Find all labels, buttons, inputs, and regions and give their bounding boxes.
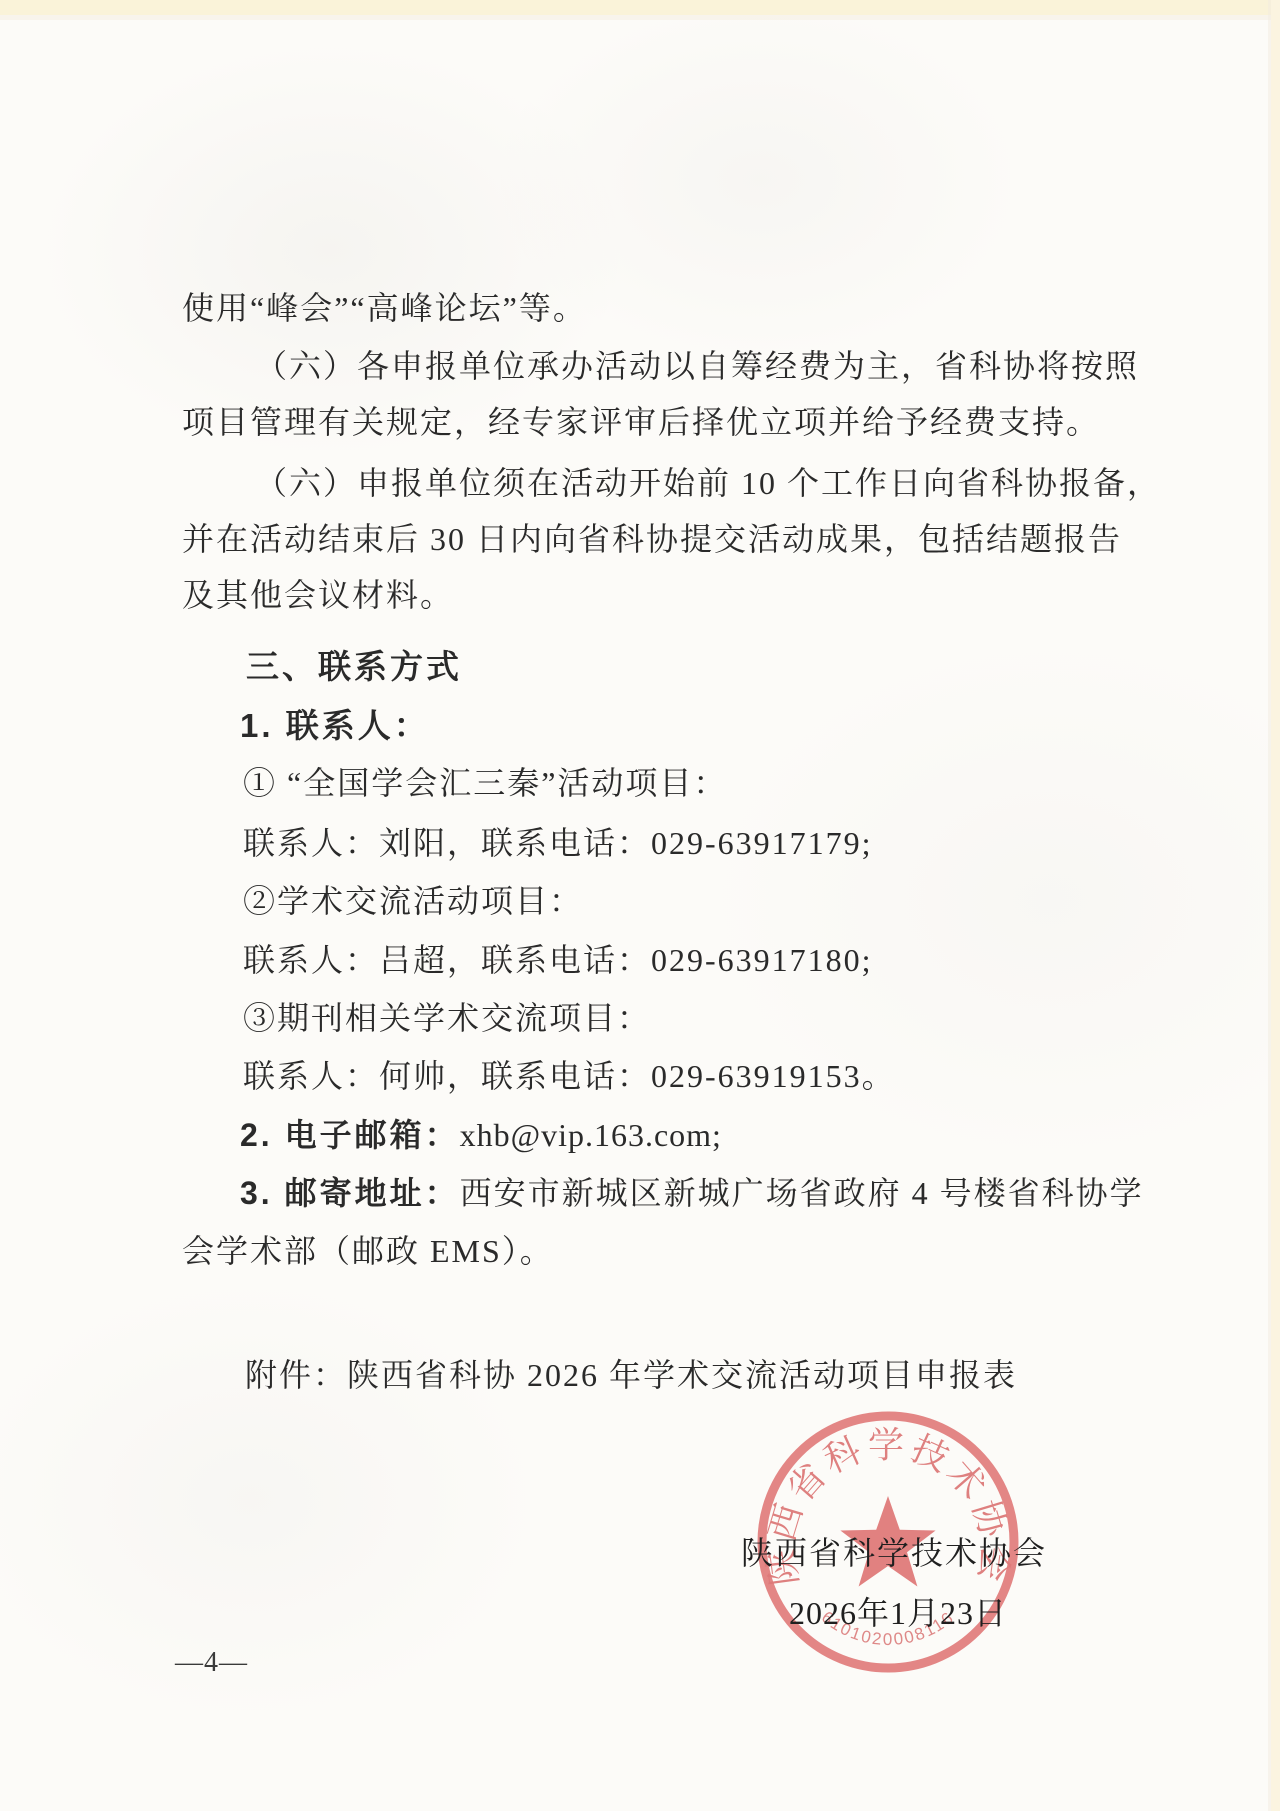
page-number: —4— [175, 1647, 248, 1679]
scan-edge-top-shadow [0, 15, 1280, 20]
signature-org: 陕西省科学技术协会 [741, 1528, 1047, 1574]
section-heading-contact: 三、联系方式 [246, 641, 462, 688]
scanned-document-page: 使用“峰会”“高峰论坛”等。 （六）各申报单位承办活动以自筹经费为主，省科协将按… [0, 0, 1280, 1811]
email-line: 2. 电子邮箱：xhb@vip.163.com; [240, 1110, 722, 1156]
body-line-3: 项目管理有关规定，经专家评审后择优立项并给予经费支持。 [182, 397, 1100, 443]
contact-item-1-title: ① “全国学会汇三秦”活动项目： [243, 758, 727, 804]
body-line-2: （六）各申报单位承办活动以自筹经费为主，省科协将按照 [255, 341, 1139, 387]
mail-address-line-2: 会学术部（邮政 EMS）。 [182, 1226, 554, 1272]
contact-item-2-phone: 联系人：吕超，联系电话：029-63917180; [243, 935, 873, 981]
scan-edge-right-shadow [1268, 0, 1271, 1811]
contact-item-1-phone: 联系人：刘阳，联系电话：029-63917179; [243, 818, 873, 864]
body-line-1: 使用“峰会”“高峰论坛”等。 [182, 283, 587, 329]
body-line-5: 并在活动结束后 30 日内向省科协提交活动成果，包括结题报告 [182, 514, 1122, 560]
attachment-line: 附件：陕西省科协 2026 年学术交流活动项目申报表 [245, 1350, 1017, 1396]
contact-item-3-phone: 联系人：何帅，联系电话：029-63919153。 [243, 1051, 896, 1097]
signature-date: 2026年1月23日 [789, 1588, 1007, 1634]
scan-edge-right [1271, 0, 1280, 1811]
contact-item-3-title: ③期刊相关学术交流项目： [243, 993, 651, 1039]
body-line-4: （六）申报单位须在活动开始前 10 个工作日向省科协报备， [255, 458, 1161, 504]
subheading-contact-person: 1. 联系人： [240, 700, 430, 747]
body-line-6: 及其他会议材料。 [182, 570, 454, 616]
contact-item-2-title: ②学术交流活动项目： [243, 876, 583, 922]
scan-edge-top [0, 0, 1280, 15]
mail-address-line: 3. 邮寄地址：西安市新城区新城广场省政府 4 号楼省科协学 [240, 1168, 1144, 1214]
